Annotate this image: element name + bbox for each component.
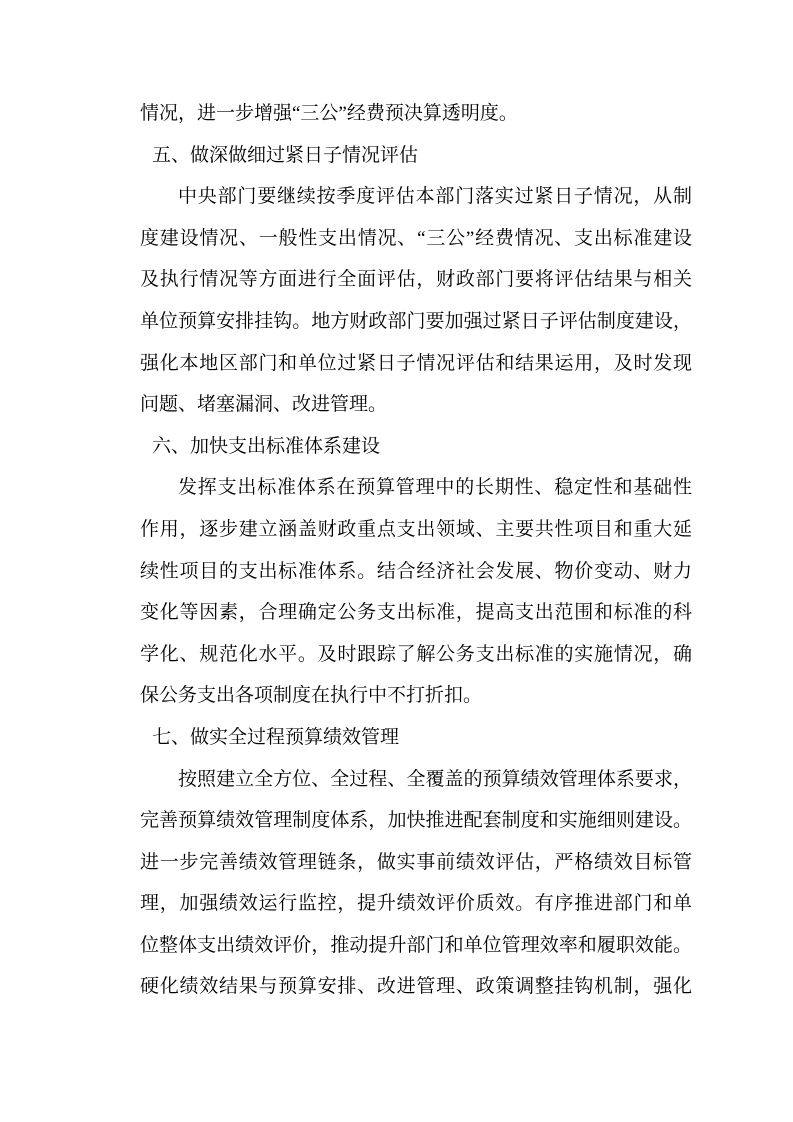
paragraph-line: 硬化绩效结果与预算安排、改进管理、政策调整挂钩机制，强化 xyxy=(140,966,692,1008)
paragraph-line: 变化等因素，合理确定公务支出标准，提高支出范围和标准的科 xyxy=(140,592,692,634)
paragraph-line: 度建设情况、一般性支出情况、“三公”经费情况、支出标准建设 xyxy=(140,218,692,260)
paragraph-line: 按照建立全方位、全过程、全覆盖的预算绩效管理体系要求， xyxy=(140,759,692,801)
paragraph-line: 位整体支出绩效评价，推动提升部门和单位管理效率和履职效能。 xyxy=(140,925,692,967)
paragraph-line: 理，加强绩效运行监控，提升绩效评价质效。有序推进部门和单 xyxy=(140,883,692,925)
paragraph-line: 及执行情况等方面进行全面评估，财政部门要将评估结果与相关 xyxy=(140,259,692,301)
paragraph-line: 进一步完善绩效管理链条，做实事前绩效评估，严格绩效目标管 xyxy=(140,842,692,884)
document-text-block: 情况，进一步增强“三公”经费预决算透明度。 五、做深做细过紧日子情况评估 中央部… xyxy=(140,93,692,1008)
section-heading: 六、加快支出标准体系建设 xyxy=(140,426,692,468)
paragraph-line: 发挥支出标准体系在预算管理中的长期性、稳定性和基础性 xyxy=(140,467,692,509)
paragraph-line: 作用，逐步建立涵盖财政重点支出领域、主要共性项目和重大延 xyxy=(140,509,692,551)
document-page: 情况，进一步增强“三公”经费预决算透明度。 五、做深做细过紧日子情况评估 中央部… xyxy=(0,0,793,1122)
section-heading: 七、做实全过程预算绩效管理 xyxy=(140,717,692,759)
paragraph-line: 完善预算绩效管理制度体系，加快推进配套制度和实施细则建设。 xyxy=(140,800,692,842)
paragraph-line: 问题、堵塞漏洞、改进管理。 xyxy=(140,384,692,426)
paragraph-line: 中央部门要继续按季度评估本部门落实过紧日子情况，从制 xyxy=(140,176,692,218)
paragraph-line: 强化本地区部门和单位过紧日子情况评估和结果运用，及时发现 xyxy=(140,343,692,385)
paragraph-line: 学化、规范化水平。及时跟踪了解公务支出标准的实施情况，确 xyxy=(140,634,692,676)
paragraph-line: 续性项目的支出标准体系。结合经济社会发展、物价变动、财力 xyxy=(140,551,692,593)
paragraph-line: 保公务支出各项制度在执行中不打折扣。 xyxy=(140,675,692,717)
paragraph-line: 单位预算安排挂钩。地方财政部门要加强过紧日子评估制度建设， xyxy=(140,301,692,343)
paragraph-line: 情况，进一步增强“三公”经费预决算透明度。 xyxy=(140,93,692,135)
section-heading: 五、做深做细过紧日子情况评估 xyxy=(140,135,692,177)
